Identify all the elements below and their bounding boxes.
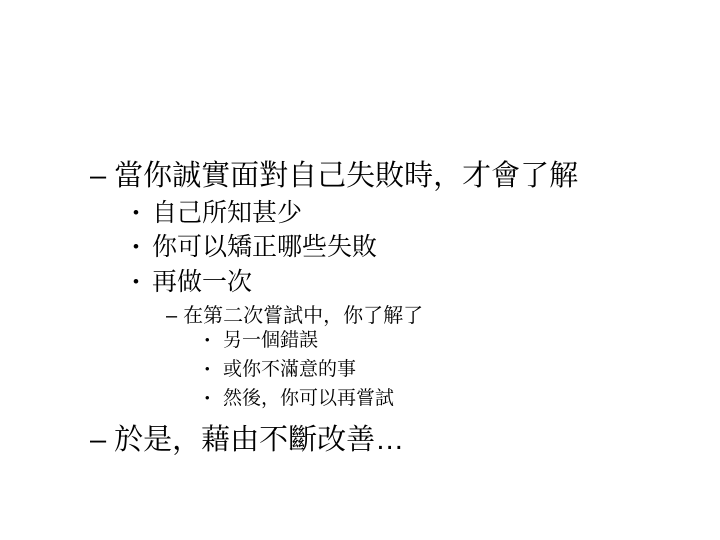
dot-bullet-icon: • (133, 273, 152, 292)
dash-bullet-icon: – (166, 305, 177, 327)
dot-bullet-icon: • (133, 238, 152, 257)
outline-item-level3: –在第二次嘗試中，你了解了 (166, 305, 423, 327)
outline-item-level1: –於是，藉由不斷改善… (90, 425, 404, 457)
outline-text: 或你不滿意的事 (223, 359, 356, 380)
outline-text: 在第二次嘗試中，你了解了 (183, 305, 423, 327)
outline-item-level2: •自己所知甚少 (133, 200, 302, 228)
outline-text: 另一個錯誤 (223, 330, 318, 351)
outline-text: 再做一次 (152, 268, 252, 296)
outline-item-level4: •然後，你可以再嘗試 (205, 389, 394, 410)
outline-item-level2: •再做一次 (133, 269, 252, 297)
outline-text: 於是，藉由不斷改善… (114, 424, 404, 456)
outline-item-level2: •你可以矯正哪些失敗 (133, 234, 377, 262)
dot-bullet-icon: • (205, 362, 223, 376)
dot-bullet-icon: • (205, 333, 223, 347)
outline-item-level4: •另一個錯誤 (205, 331, 318, 352)
dot-bullet-icon: • (133, 204, 152, 223)
dash-bullet-icon: – (90, 160, 106, 192)
outline-text: 然後，你可以再嘗試 (223, 388, 394, 409)
outline-item-level4: •或你不滿意的事 (205, 360, 356, 381)
outline-item-level1: –當你誠實面對自己失敗時，才會了解 (90, 161, 578, 193)
outline-text: 你可以矯正哪些失敗 (152, 233, 377, 261)
outline-text: 自己所知甚少 (152, 199, 302, 227)
dash-bullet-icon: – (90, 424, 106, 456)
slide: –當你誠實面對自己失敗時，才會了解 •自己所知甚少 •你可以矯正哪些失敗 •再做… (0, 0, 720, 540)
outline-text: 當你誠實面對自己失敗時，才會了解 (114, 160, 578, 192)
dot-bullet-icon: • (205, 391, 223, 405)
